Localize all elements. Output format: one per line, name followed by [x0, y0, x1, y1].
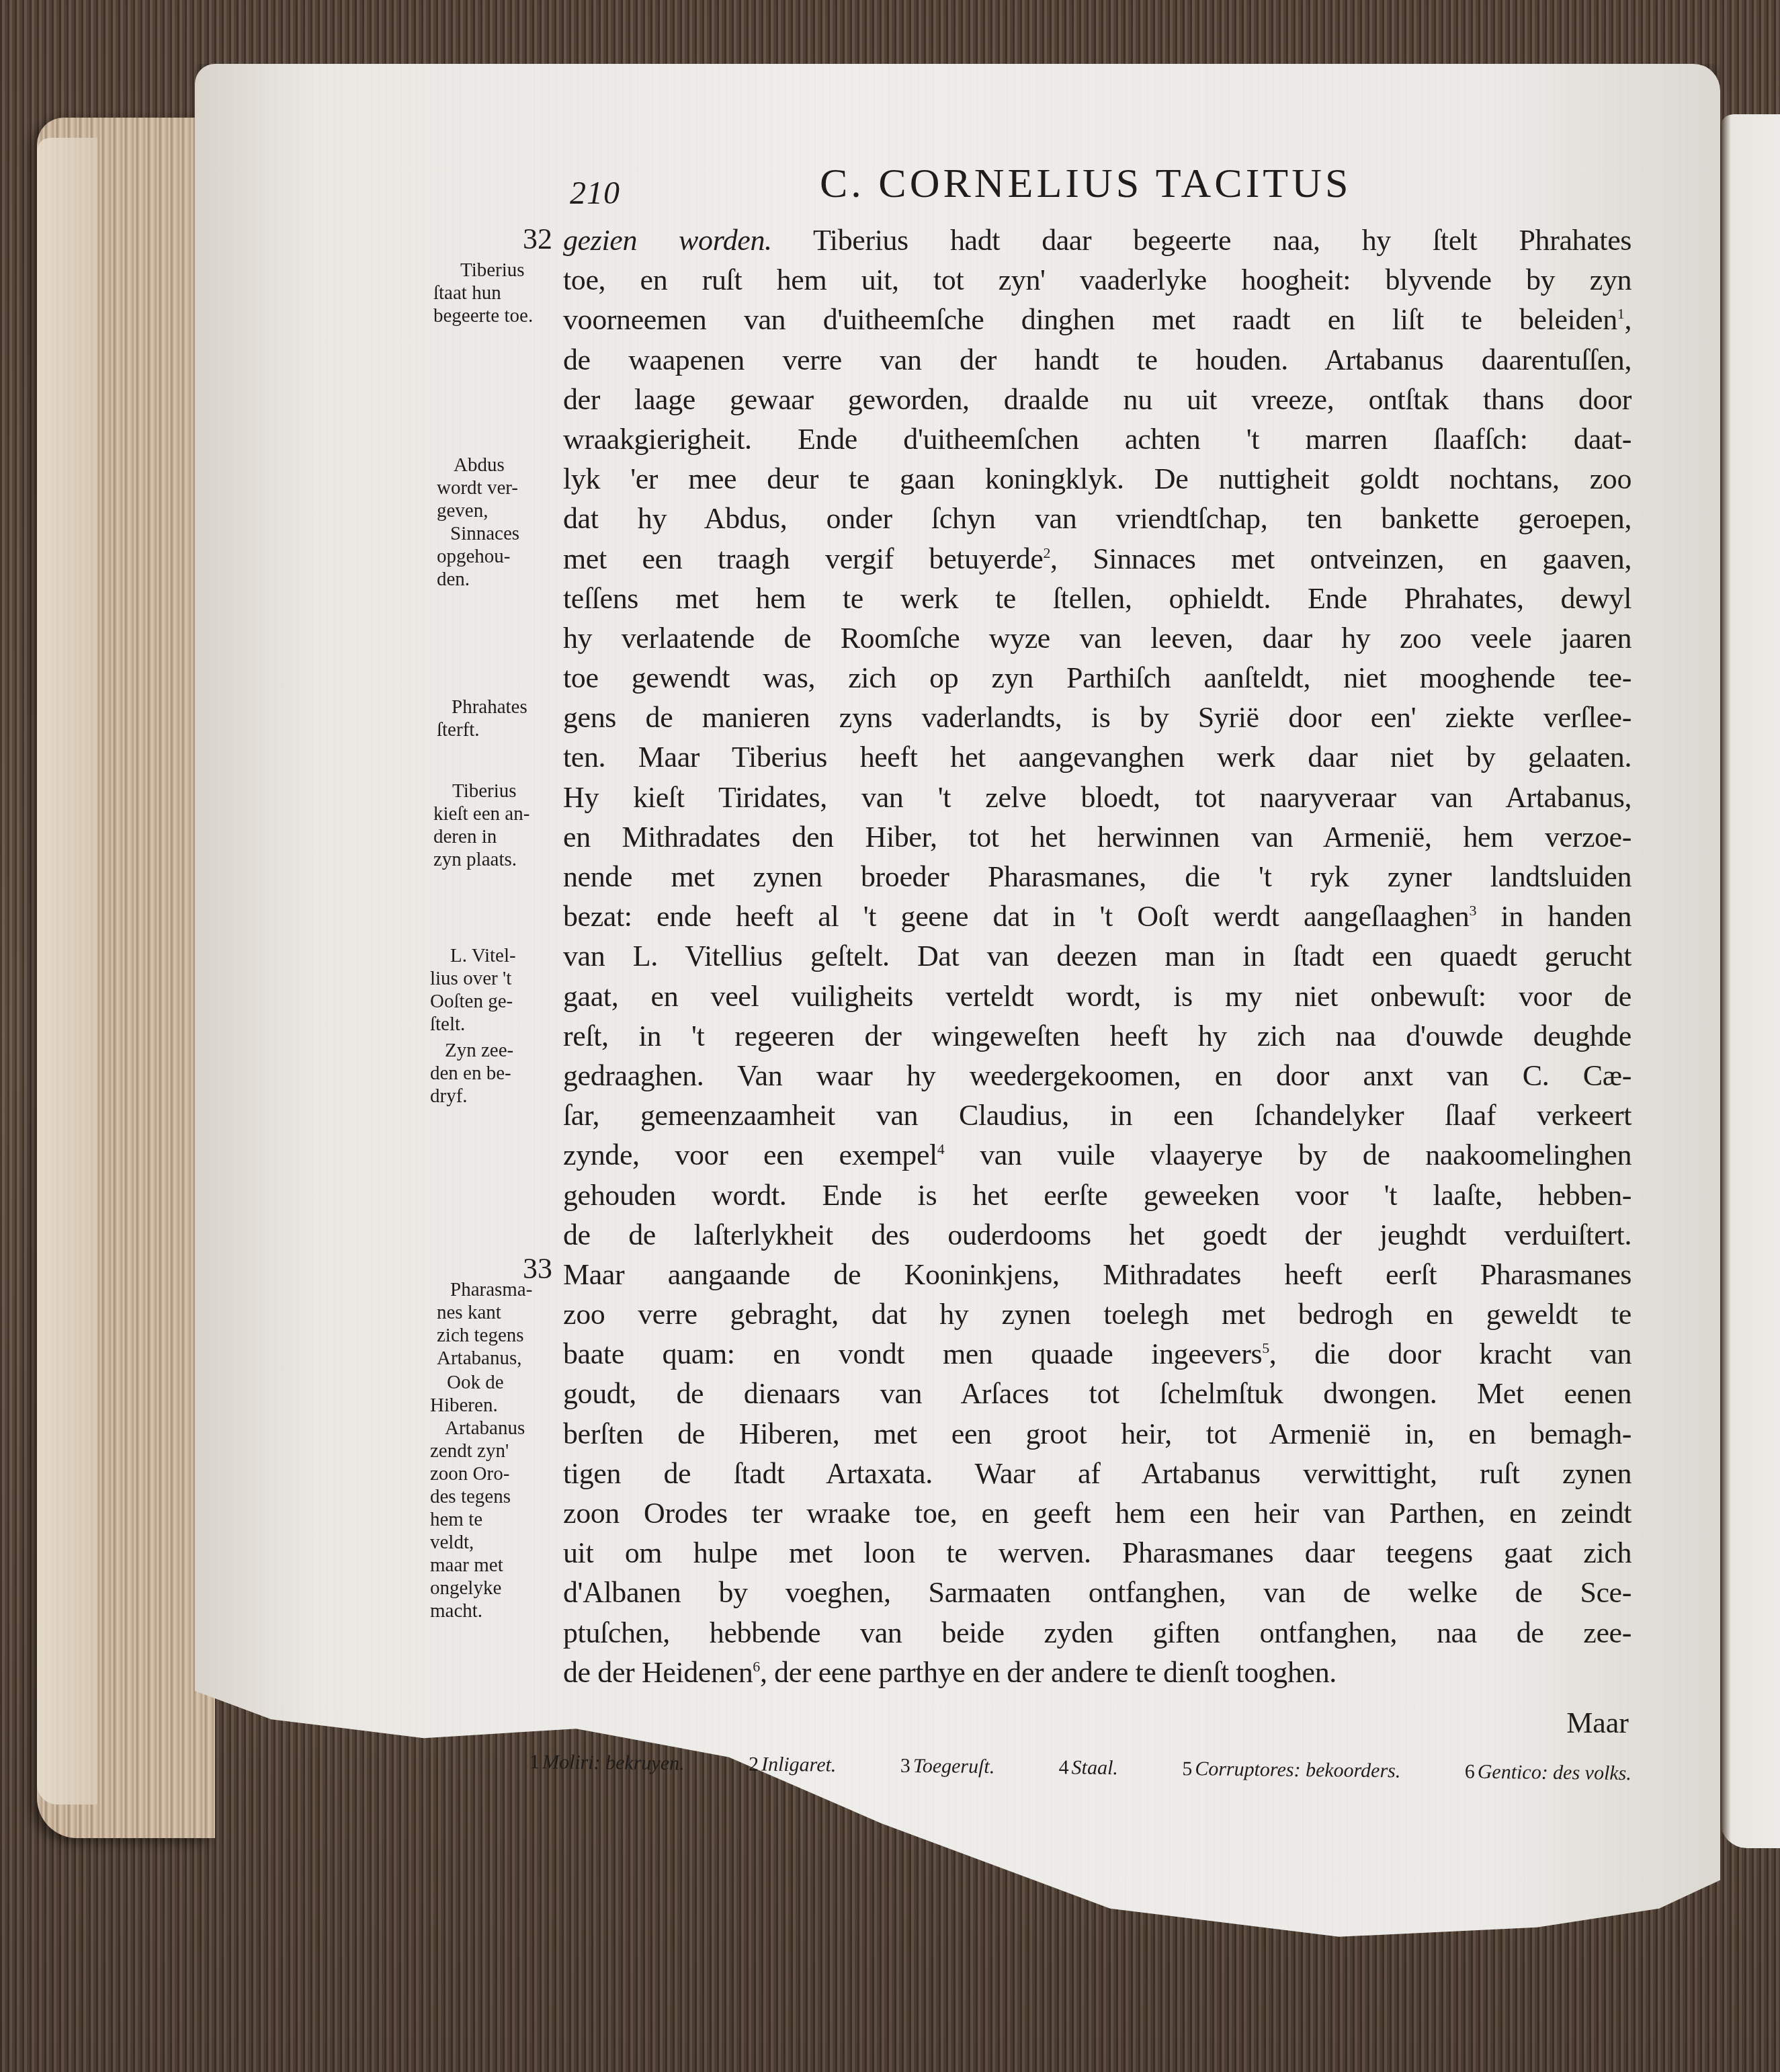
text-line: tigen de ſtadt Artaxata. Waar af Artaban…: [563, 1454, 1631, 1493]
text-line: gezien worden. Tiberius hadt daar begeer…: [563, 220, 1631, 260]
margin-note-line: Zyn zee-: [430, 1039, 571, 1062]
margin-note-line: zoon Oro-: [430, 1462, 571, 1485]
text-line: dat hy Abdus, onder ſchyn van vriendtſch…: [563, 499, 1631, 538]
text-line: teſſens met hem te werk te ſtellen, ophi…: [563, 579, 1631, 618]
line-text: teſſens met hem te werk te ſtellen, ophi…: [563, 582, 1631, 615]
text-line: met een traagh vergif betuyerde2, Sinnac…: [563, 539, 1631, 579]
text-line: toe gewendt was, zich op zyn Parthiſch a…: [563, 658, 1631, 698]
line-text: d'Albanen by voeghen, Sarmaaten ontfangh…: [563, 1576, 1631, 1609]
text-line: Maar aangaande de Kooninkjens, Mithradat…: [563, 1255, 1631, 1294]
margin-note-line: Hiberen.: [430, 1394, 571, 1417]
line-text: Tiberius hadt daar begeerte naa, hy ſtel…: [772, 224, 1631, 257]
catchword: Maar: [1566, 1706, 1629, 1740]
margin-note-line: den.: [437, 568, 578, 591]
line-text-tail: , die door kracht van: [1269, 1337, 1631, 1370]
margin-note-line: maar met: [430, 1554, 571, 1577]
line-text: reſt, in 't regeeren der wingeweſten hee…: [563, 1020, 1631, 1052]
line-text: de waapenen verre van der handt te houde…: [563, 343, 1631, 376]
footnote-marker: 3: [1469, 902, 1476, 919]
text-line: de waapenen verre van der handt te houde…: [563, 340, 1631, 380]
margin-note-line: nes kant: [437, 1301, 578, 1324]
margin-note-line: Phrahates: [437, 696, 578, 718]
line-text-tail: in handen: [1476, 900, 1631, 933]
footnote-number: 6: [1465, 1761, 1475, 1783]
margin-note-line: Pharasma-: [437, 1278, 578, 1301]
line-text: ſar, gemeenzaamheit van Claudius, in een…: [563, 1099, 1631, 1132]
text-line: uit om hulpe met loon te werven. Pharasm…: [563, 1533, 1631, 1573]
text-line: gedraaghen. Van waar hy weedergekoomen, …: [563, 1056, 1631, 1095]
margin-note: Zyn zee- den en be- dryf.: [430, 1039, 571, 1108]
margin-note-line: opgehou-: [437, 545, 578, 568]
line-text: tigen de ſtadt Artaxata. Waar af Artaban…: [563, 1457, 1631, 1490]
line-text: ten. Maar Tiberius heeft het aangevanghe…: [563, 741, 1631, 774]
margin-note-line: veldt,: [430, 1531, 571, 1554]
text-line: ten. Maar Tiberius heeft het aangevanghe…: [563, 737, 1631, 777]
footnote-text: Toegeruſt.: [913, 1755, 995, 1778]
margin-note-line: hem te: [430, 1508, 571, 1531]
text-line: reſt, in 't regeeren der wingeweſten hee…: [563, 1016, 1631, 1056]
text-line: d'Albanen by voeghen, Sarmaaten ontfangh…: [563, 1573, 1631, 1612]
line-text: nende met zynen broeder Pharasmanes, die…: [563, 860, 1631, 893]
line-text: zynde, voor een exempel: [563, 1138, 937, 1171]
line-text: voorneemen van d'uitheemſche dinghen met…: [563, 303, 1617, 336]
margin-note: L. Vitel- lius over 't Ooſten ge- ſtelt.: [430, 944, 571, 1036]
footnote-number: 5: [1182, 1757, 1192, 1780]
text-line: der laage gewaar geworden, draalde nu ui…: [563, 380, 1631, 419]
line-text: ptuſchen, hebbende van beide zyden gifte…: [563, 1616, 1631, 1649]
margin-note-line: geven,: [437, 499, 578, 522]
margin-note-line: Artabanus: [430, 1417, 571, 1440]
text-line: en Mithradates den Hiber, tot het herwin…: [563, 817, 1631, 857]
margin-note-line: begeerte toe.: [433, 304, 575, 327]
footnote-text: Inligaret.: [761, 1753, 837, 1776]
margin-note: Pharasma- nes kant zich tegens Artabanus…: [437, 1278, 578, 1370]
margin-note-line: Tiberius: [433, 780, 575, 802]
margin-note-line: dryf.: [430, 1085, 571, 1108]
footnote-text: Gentico: des volks.: [1478, 1761, 1631, 1784]
footnote-marker: 2: [1043, 544, 1050, 561]
running-title: C. CORNELIUS TACITUS: [820, 160, 1351, 208]
page-number: 210: [570, 175, 620, 212]
footnote-text: Staal.: [1071, 1756, 1118, 1779]
margin-note: Tiberius ſtaat hun begeerte toe.: [433, 259, 575, 327]
margin-note-line: Sinnaces: [437, 522, 578, 545]
footnote-marker: 6: [753, 1658, 760, 1675]
text-line: gehouden wordt. Ende is het eerſte gewee…: [563, 1175, 1631, 1215]
margin-note-line: ſtaat hun: [433, 282, 575, 304]
margin-note: Phrahates ſterft.: [437, 696, 578, 741]
margin-note-line: Tiberius: [433, 259, 575, 282]
facing-page: [1720, 114, 1780, 1848]
text-line: ſar, gemeenzaamheit van Claudius, in een…: [563, 1095, 1631, 1135]
text-line: bezat: ende heeft al 't geene dat in 't …: [563, 897, 1631, 936]
margin-note-line: ſterft.: [437, 718, 578, 741]
margin-note-line: ſtelt.: [430, 1013, 571, 1036]
text-line: berſten de Hiberen, met een groot heir, …: [563, 1414, 1631, 1454]
line-text: gehouden wordt. Ende is het eerſte gewee…: [563, 1179, 1631, 1212]
text-line: baate quam: en vondt men quaade ingeever…: [563, 1334, 1631, 1374]
line-text: zoo verre gebraght, dat hy zynen toelegh…: [563, 1298, 1631, 1331]
margin-note-line: deren in: [433, 825, 575, 848]
footnote: 2Inligaret.: [749, 1753, 837, 1776]
text-line: van L. Vitellius geſtelt. Dat van deezen…: [563, 936, 1631, 976]
footnote-marker: 4: [937, 1141, 945, 1157]
text-line: zynde, voor een exempel4 van vuile vlaay…: [563, 1135, 1631, 1175]
text-line: gaat, en veel vuiligheits verteldt wordt…: [563, 977, 1631, 1016]
text-line: wraakgierigheit. Ende d'uitheemſchen ach…: [563, 419, 1631, 459]
line-text-tail: van vuile vlaayerye by de naakoomelinghe…: [944, 1138, 1631, 1171]
footnote-number: 1: [529, 1751, 540, 1773]
text-line: de de laſterlykheit des ouderdooms het g…: [563, 1215, 1631, 1255]
margin-note-line: Ook de: [430, 1371, 571, 1394]
italic-lead: gezien worden.: [563, 224, 772, 257]
line-text: gens de manieren zyns vaderlandts, is by…: [563, 701, 1631, 734]
line-text: Hy kieſt Tiridates, van 't zelve bloedt,…: [563, 781, 1631, 814]
running-head: 210 C. CORNELIUS TACITUS: [564, 160, 1640, 214]
text-line: toe, en ruſt hem uit, tot zyn' vaaderlyk…: [563, 260, 1631, 300]
line-text: gaat, en veel vuiligheits verteldt wordt…: [563, 980, 1631, 1013]
text-line: ptuſchen, hebbende van beide zyden gifte…: [563, 1613, 1631, 1653]
line-text: met een traagh vergif betuyerde: [563, 542, 1043, 575]
line-text: van L. Vitellius geſtelt. Dat van deezen…: [563, 940, 1631, 972]
margin-note-line: den en be-: [430, 1062, 571, 1085]
margin-note: Ook de Hiberen.: [430, 1371, 571, 1417]
footnote-marker: 5: [1262, 1339, 1269, 1356]
line-text: en Mithradates den Hiber, tot het herwin…: [563, 821, 1631, 854]
text-line: hy verlaatende de Roomſche wyze van leev…: [563, 618, 1631, 658]
margin-note: Abdus wordt ver- geven, Sinnaces opgehou…: [437, 454, 578, 591]
line-text: lyk 'er mee deur te gaan koningklyk. De …: [563, 462, 1631, 495]
footnote-number: 2: [749, 1753, 759, 1775]
line-text: toe gewendt was, zich op zyn Parthiſch a…: [563, 661, 1631, 694]
text-line: gens de manieren zyns vaderlandts, is by…: [563, 698, 1631, 737]
chapter-number: 32: [418, 222, 552, 256]
margin-note-line: zyn plaats.: [433, 848, 575, 871]
line-text: hy verlaatende de Roomſche wyze van leev…: [563, 622, 1631, 655]
line-text: der laage gewaar geworden, draalde nu ui…: [563, 383, 1631, 416]
text-line: goudt, de dienaars van Arſaces tot ſchel…: [563, 1374, 1631, 1413]
book-page-edges: [37, 118, 215, 1838]
footnote: 4Staal.: [1058, 1756, 1118, 1780]
margin-note-line: wordt ver-: [437, 476, 578, 499]
line-text-tail: , der eene parthye en der andere te dien…: [760, 1656, 1337, 1689]
line-text: de de laſterlykheit des ouderdooms het g…: [563, 1218, 1631, 1251]
text-line: zoon Orodes ter wraake toe, en geeft hem…: [563, 1493, 1631, 1533]
margin-note-line: macht.: [430, 1600, 571, 1622]
margin-note-line: Abdus: [437, 454, 578, 476]
line-text-tail: , Sinnaces met ontveinzen, en gaaven,: [1050, 542, 1631, 575]
footnote-text: Corruptores: bekoorders.: [1195, 1757, 1400, 1782]
footnote-number: 3: [900, 1755, 910, 1777]
margin-note-line: ongelyke: [430, 1577, 571, 1600]
line-text: zoon Orodes ter wraake toe, en geeft hem…: [563, 1497, 1631, 1530]
footnote-marker: 1: [1617, 305, 1625, 322]
line-text: wraakgierigheit. Ende d'uitheemſchen ach…: [563, 423, 1631, 456]
margin-note: Tiberius kieſt een an- deren in zyn plaa…: [433, 780, 575, 871]
line-text: dat hy Abdus, onder ſchyn van vriendtſch…: [563, 502, 1631, 535]
margin-note-line: kieſt een an-: [433, 802, 575, 825]
line-text: baate quam: en vondt men quaade ingeever…: [563, 1337, 1262, 1370]
footnote-number: 4: [1058, 1756, 1068, 1778]
footnote: 6Gentico: des volks.: [1465, 1761, 1631, 1786]
body-text: gezien worden. Tiberius hadt daar begeer…: [563, 220, 1631, 1692]
margin-note: Artabanus zendt zyn' zoon Oro- des tegen…: [430, 1417, 571, 1622]
margin-note-line: Artabanus,: [437, 1347, 578, 1370]
text-line: de der Heidenen6, der eene parthye en de…: [563, 1653, 1631, 1692]
text-line: Hy kieſt Tiridates, van 't zelve bloedt,…: [563, 778, 1631, 817]
text-line: nende met zynen broeder Pharasmanes, die…: [563, 857, 1631, 897]
line-text: Maar aangaande de Kooninkjens, Mithradat…: [563, 1258, 1631, 1291]
line-text: gedraaghen. Van waar hy weedergekoomen, …: [563, 1059, 1631, 1092]
line-text: bezat: ende heeft al 't geene dat in 't …: [563, 900, 1469, 933]
footnote: 5Corruptores: bekoorders.: [1182, 1757, 1400, 1782]
text-line: voorneemen van d'uitheemſche dinghen met…: [563, 300, 1631, 339]
text-line: zoo verre gebraght, dat hy zynen toelegh…: [563, 1294, 1631, 1334]
margin-note-line: L. Vitel-: [430, 944, 571, 967]
margin-note-line: zich tegens: [437, 1324, 578, 1347]
line-text: uit om hulpe met loon te werven. Pharasm…: [563, 1536, 1631, 1569]
line-text: goudt, de dienaars van Arſaces tot ſchel…: [563, 1377, 1631, 1410]
footnote: 1Moliri: bekruyen.: [529, 1751, 685, 1775]
margin-note-line: zendt zyn': [430, 1440, 571, 1462]
margin-note-line: lius over 't: [430, 967, 571, 990]
margin-note-line: Ooſten ge-: [430, 990, 571, 1013]
margin-note-line: des tegens: [430, 1485, 571, 1508]
line-text: berſten de Hiberen, met een groot heir, …: [563, 1417, 1631, 1450]
line-text-tail: ,: [1624, 303, 1631, 336]
footnote-text: Moliri: bekruyen.: [542, 1751, 685, 1774]
line-text: de der Heidenen: [563, 1656, 753, 1689]
footnote: 3Toegeruſt.: [900, 1755, 995, 1778]
line-text: toe, en ruſt hem uit, tot zyn' vaaderlyk…: [563, 263, 1631, 296]
text-line: lyk 'er mee deur te gaan koningklyk. De …: [563, 459, 1631, 499]
